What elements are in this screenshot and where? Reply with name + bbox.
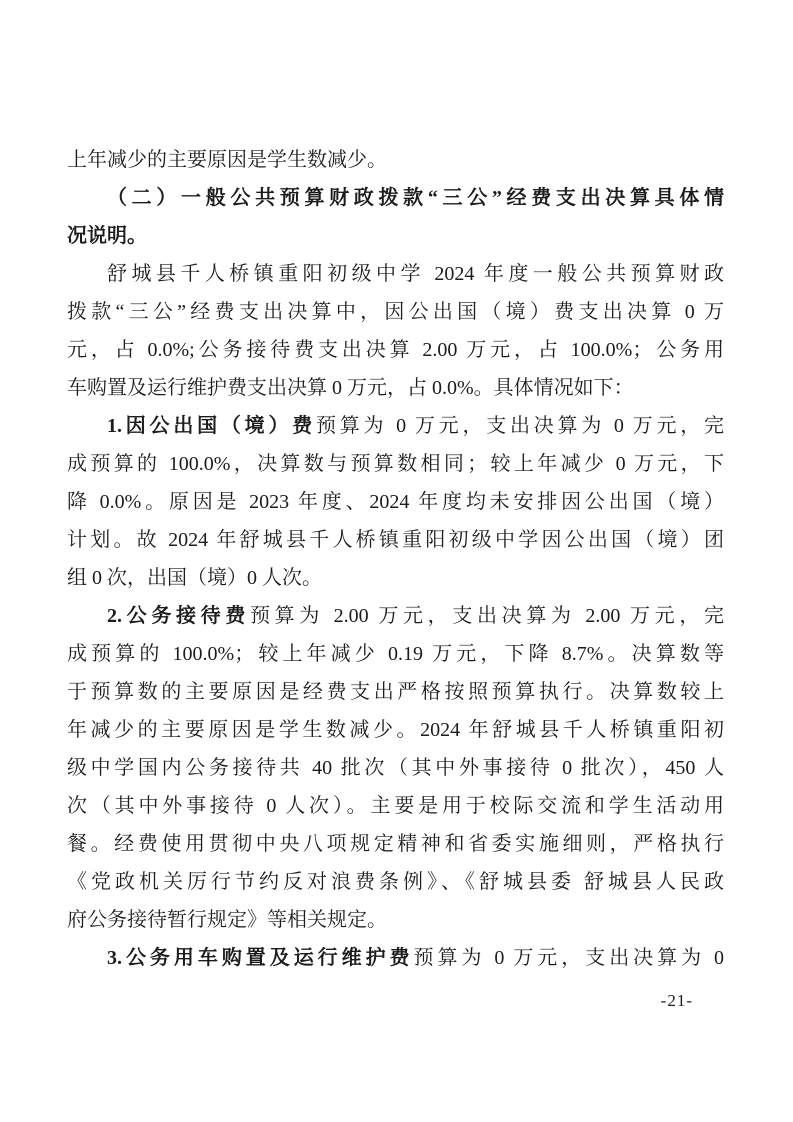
text-segment: 《党政机关厉行节约反对浪费条例》、《舒城县委 舒城县人民政 xyxy=(67,871,724,893)
paragraph-item-1-abroad-expense: 1.因公出国（境）费预算为 0 万元，支出决算为 0 万元，完成预算的 100.… xyxy=(67,407,724,597)
bold-text-segment: （二）一般公共预算财政拨款“三公”经费支出决算具体情 xyxy=(107,187,724,209)
paragraph-continued-from-previous-page: 上年减少的主要原因是学生数减少。 xyxy=(67,141,724,179)
text-line: 上年减少的主要原因是学生数减少。 xyxy=(67,141,724,179)
text-line: 成预算的 100.0%；较上年减少 0.19 万元，下降 8.7%。决算数等 xyxy=(67,635,724,673)
text-line: 舒城县千人桥镇重阳初级中学 2024 年度一般公共预算财政 xyxy=(67,255,724,293)
text-line: 成预算的 100.0%，决算数与预算数相同；较上年减少 0 万元，下 xyxy=(67,445,724,483)
text-line: （二）一般公共预算财政拨款“三公”经费支出决算具体情 xyxy=(67,179,724,217)
bold-text-segment: 1.因公出国（境）费 xyxy=(107,415,316,437)
text-line: 《党政机关厉行节约反对浪费条例》、《舒城县委 舒城县人民政 xyxy=(67,863,724,901)
text-segment: 上年减少的主要原因是学生数减少。 xyxy=(67,149,387,171)
text-segment: 府公务接待暂行规定》等相关规定。 xyxy=(67,909,387,931)
text-line: 次（其中外事接待 0 人次）。主要是用于校际交流和学生活动用 xyxy=(67,787,724,825)
text-line: 2.公务接待费预算为 2.00 万元，支出决算为 2.00 万元，完 xyxy=(67,597,724,635)
text-segment: 拨款“三公”经费支出决算中，因公出国（境）费支出决算 0 万 xyxy=(67,301,724,323)
text-segment: 预算为 0 万元，支出决算为 0 万元，完 xyxy=(316,415,724,437)
text-segment: 预算为 0 万元，支出决算为 0 xyxy=(414,947,724,969)
text-segment: 餐。经费使用贯彻中央八项规定精神和省委实施细则，严格执行 xyxy=(67,833,724,855)
paragraph-overview: 舒城县千人桥镇重阳初级中学 2024 年度一般公共预算财政拨款“三公”经费支出决… xyxy=(67,255,724,407)
text-line: 组 0 次，出国（境）0 人次。 xyxy=(67,559,724,597)
text-segment: 成预算的 100.0%，决算数与预算数相同；较上年减少 0 万元，下 xyxy=(67,453,724,475)
text-line: 车购置及运行维护费支出决算 0 万元，占 0.0%。具体情况如下： xyxy=(67,369,724,407)
text-line: 况说明。 xyxy=(67,217,724,255)
text-segment: 计划。故 2024 年舒城县千人桥镇重阳初级中学因公出国（境）团 xyxy=(67,529,724,551)
paragraph-heading-section-2: （二）一般公共预算财政拨款“三公”经费支出决算具体情况说明。 xyxy=(67,179,724,255)
page-number: -21- xyxy=(661,991,693,1011)
text-segment: 舒城县千人桥镇重阳初级中学 2024 年度一般公共预算财政 xyxy=(107,263,724,285)
bold-text-segment: 况说明。 xyxy=(67,225,147,247)
text-segment: 车购置及运行维护费支出决算 0 万元，占 0.0%。具体情况如下： xyxy=(67,377,634,399)
text-line: 3.公务用车购置及运行维护费预算为 0 万元，支出决算为 0 xyxy=(67,939,724,977)
text-segment: 年减少的主要原因是学生数减少。2024 年舒城县千人桥镇重阳初 xyxy=(67,719,724,741)
text-segment: 于预算数的主要原因是经费支出严格按照预算执行。决算数较上 xyxy=(67,681,724,703)
text-line: 拨款“三公”经费支出决算中，因公出国（境）费支出决算 0 万 xyxy=(67,293,724,331)
text-line: 降 0.0%。原因是 2023 年度、2024 年度均未安排因公出国（境） xyxy=(67,483,724,521)
text-segment: 元，占 0.0%;公务接待费支出决算 2.00 万元，占 100.0%；公务用 xyxy=(67,339,724,361)
text-segment: 组 0 次，出国（境）0 人次。 xyxy=(67,567,322,589)
text-segment: 降 0.0%。原因是 2023 年度、2024 年度均未安排因公出国（境） xyxy=(67,491,724,513)
text-line: 1.因公出国（境）费预算为 0 万元，支出决算为 0 万元，完 xyxy=(67,407,724,445)
text-segment: 成预算的 100.0%；较上年减少 0.19 万元，下降 8.7%。决算数等 xyxy=(67,643,724,665)
bold-text-segment: 3.公务用车购置及运行维护费 xyxy=(107,947,414,969)
text-segment: 级中学国内公务接待共 40 批次（其中外事接待 0 批次），450 人 xyxy=(67,757,724,779)
bold-text-segment: 2.公务接待费 xyxy=(107,605,250,627)
text-line: 年减少的主要原因是学生数减少。2024 年舒城县千人桥镇重阳初 xyxy=(67,711,724,749)
text-segment: 次（其中外事接待 0 人次）。主要是用于校际交流和学生活动用 xyxy=(67,795,724,817)
text-line: 府公务接待暂行规定》等相关规定。 xyxy=(67,901,724,939)
document-page: 上年减少的主要原因是学生数减少。（二）一般公共预算财政拨款“三公”经费支出决算具… xyxy=(0,0,793,1122)
text-line: 元，占 0.0%;公务接待费支出决算 2.00 万元，占 100.0%；公务用 xyxy=(67,331,724,369)
text-line: 计划。故 2024 年舒城县千人桥镇重阳初级中学因公出国（境）团 xyxy=(67,521,724,559)
text-segment: 预算为 2.00 万元，支出决算为 2.00 万元，完 xyxy=(250,605,724,627)
text-line: 于预算数的主要原因是经费支出严格按照预算执行。决算数较上 xyxy=(67,673,724,711)
page-body: 上年减少的主要原因是学生数减少。（二）一般公共预算财政拨款“三公”经费支出决算具… xyxy=(67,141,724,977)
paragraph-item-2-reception-expense: 2.公务接待费预算为 2.00 万元，支出决算为 2.00 万元，完成预算的 1… xyxy=(67,597,724,939)
text-line: 餐。经费使用贯彻中央八项规定精神和省委实施细则，严格执行 xyxy=(67,825,724,863)
paragraph-item-3-vehicle-expense: 3.公务用车购置及运行维护费预算为 0 万元，支出决算为 0 xyxy=(67,939,724,977)
text-line: 级中学国内公务接待共 40 批次（其中外事接待 0 批次），450 人 xyxy=(67,749,724,787)
